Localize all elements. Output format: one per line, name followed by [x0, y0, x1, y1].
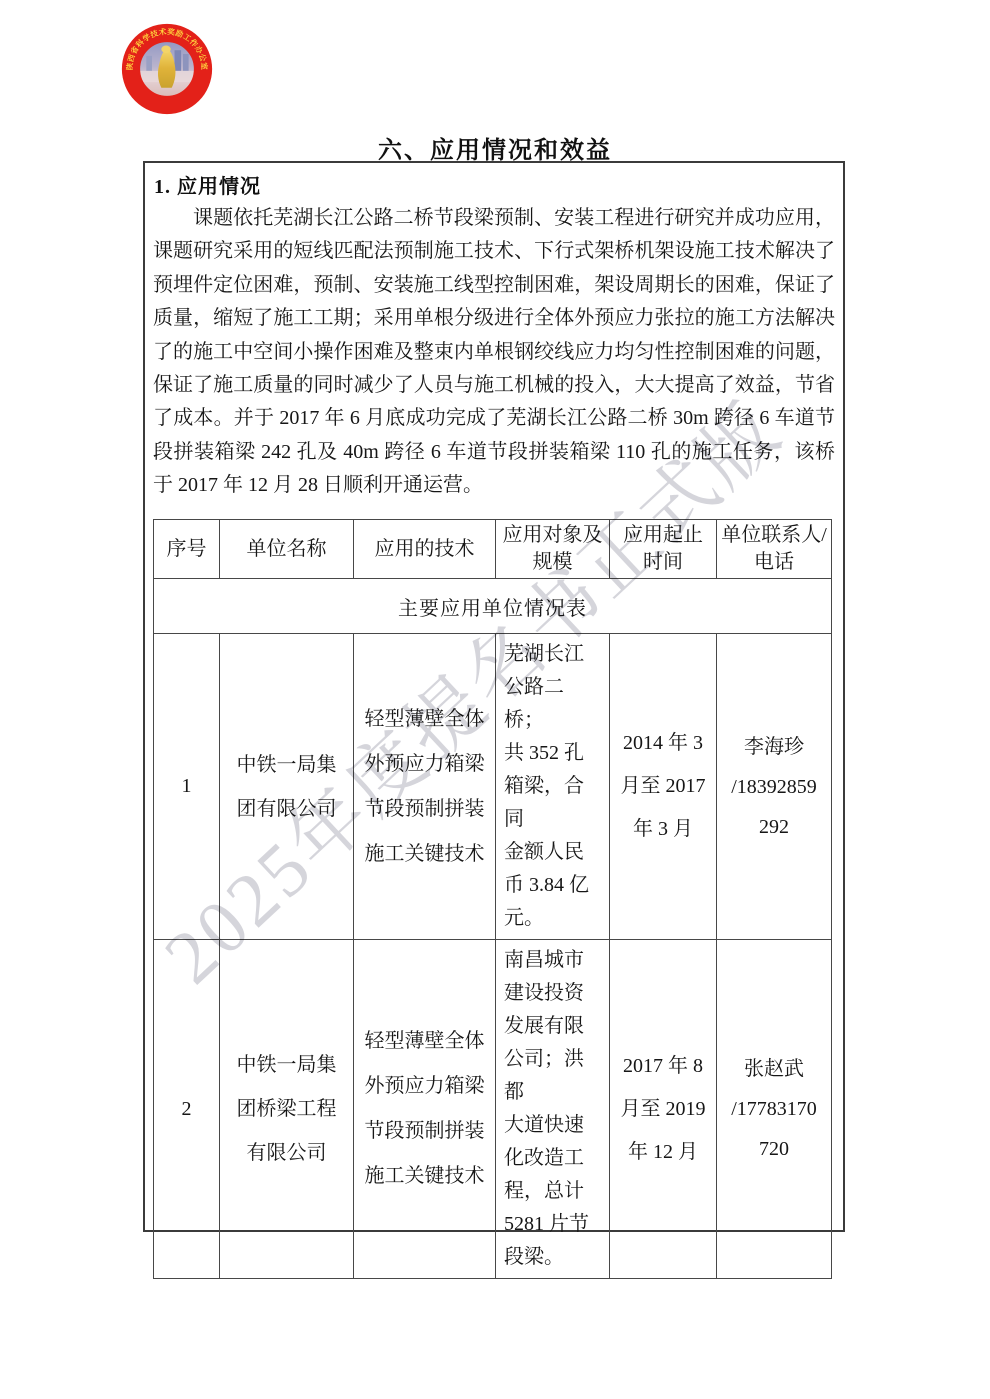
header-period: 应用起止时间 — [610, 520, 717, 579]
header-scope: 应用对象及规模 — [496, 520, 610, 579]
cell-scope: 芜湖长江 公路二桥； 共 352 孔 箱梁，合同 金额人民 币 3.84 亿 元… — [496, 634, 610, 940]
header-technology: 应用的技术 — [354, 520, 496, 579]
cell-unit-name: 中铁一局集 团桥梁工程 有限公司 — [220, 940, 354, 1279]
section-heading: 1. 应用情况 — [154, 170, 843, 199]
cell-period: 2014 年 3 月至 2017 年 3 月 — [610, 634, 717, 940]
table-row: 2 中铁一局集 团桥梁工程 有限公司 轻型薄壁全体 外预应力箱梁 节段预制拼装 … — [154, 940, 832, 1279]
cell-scope: 南昌城市 建设投资 发展有限 公司；洪都 大道快速 化改造工 程，总计 5281… — [496, 940, 610, 1279]
application-paragraph: 课题依托芜湖长江公路二桥节段梁预制、安装工程进行研究并成功应用，课题研究采用的短… — [153, 202, 835, 503]
page-title: 六、应用情况和效益 — [0, 130, 990, 165]
header-contact: 单位联系人/电话 — [717, 520, 832, 579]
award-office-seal-logo: 陕西省科学技术奖励工作办公室 — [120, 22, 214, 116]
document-page: 陕西省科学技术奖励工作办公室 六、应用情况和效益 1. 应用情况 课题依托芜湖长… — [0, 0, 990, 1399]
cell-contact: 张赵武 /17783170 720 — [717, 940, 832, 1279]
cell-period: 2017 年 8 月至 2019 年 12 月 — [610, 940, 717, 1279]
table-title-row: 主要应用单位情况表 — [154, 579, 832, 634]
application-units-table: 主要应用单位情况表 序号 单位名称 应用的技术 应用对象及规模 应用起止时间 单… — [153, 519, 832, 1279]
table-title: 主要应用单位情况表 — [154, 579, 832, 634]
cell-contact: 李海珍 /18392859 292 — [717, 634, 832, 940]
header-no: 序号 — [154, 520, 220, 579]
cell-technology: 轻型薄壁全体 外预应力箱梁 节段预制拼装 施工关键技术 — [354, 634, 496, 940]
cell-technology: 轻型薄壁全体 外预应力箱梁 节段预制拼装 施工关键技术 — [354, 940, 496, 1279]
cell-no: 1 — [154, 634, 220, 940]
header-unit-name: 单位名称 — [220, 520, 354, 579]
table-header-row: 序号 单位名称 应用的技术 应用对象及规模 应用起止时间 单位联系人/电话 — [154, 520, 832, 579]
cell-unit-name: 中铁一局集 团有限公司 — [220, 634, 354, 940]
cell-no: 2 — [154, 940, 220, 1279]
table-row: 1 中铁一局集 团有限公司 轻型薄壁全体 外预应力箱梁 节段预制拼装 施工关键技… — [154, 634, 832, 940]
content-box: 1. 应用情况 课题依托芜湖长江公路二桥节段梁预制、安装工程进行研究并成功应用，… — [143, 161, 845, 1232]
